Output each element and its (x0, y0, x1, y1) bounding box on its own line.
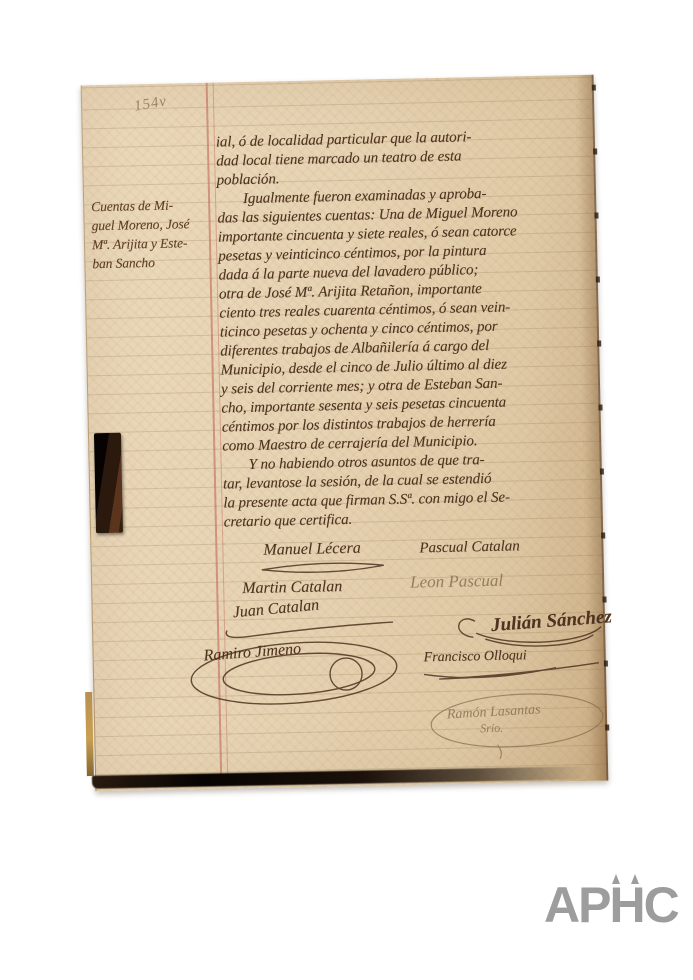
margin-note-line: ban Sancho (92, 252, 208, 273)
manuscript-body: ial, ó de localidad particular que la au… (216, 126, 598, 533)
margin-note-line: Mª. Arijita y Este- (92, 233, 208, 254)
margin-note-line: guel Moreno, José (91, 214, 207, 235)
logo-letter-spired-h: H (609, 880, 643, 930)
signature: Manuel Lécera (263, 540, 361, 560)
signature: Martin Catalan (242, 578, 342, 598)
manuscript-page: 154v Cuentas de Mi- guel Moreno, José Mª… (81, 75, 609, 792)
margin-note-line: Cuentas de Mi- (91, 195, 207, 216)
signature: Leon Pascual (410, 571, 503, 593)
logo-letter: P (578, 880, 609, 930)
scan-background: 154v Cuentas de Mi- guel Moreno, José Mª… (0, 0, 693, 980)
logo-letter: A (544, 880, 578, 930)
archive-logo: A P H C (544, 880, 678, 930)
margin-note: Cuentas de Mi- guel Moreno, José Mª. Ari… (91, 195, 209, 273)
signature: Francisco Olloqui (424, 648, 527, 666)
page-gilt-edge (85, 692, 94, 776)
signature: Pascual Catalan (419, 538, 520, 557)
signature-secretary-title: Srio. (480, 721, 503, 736)
binding-clip (94, 433, 123, 534)
logo-letter: C (644, 880, 678, 930)
